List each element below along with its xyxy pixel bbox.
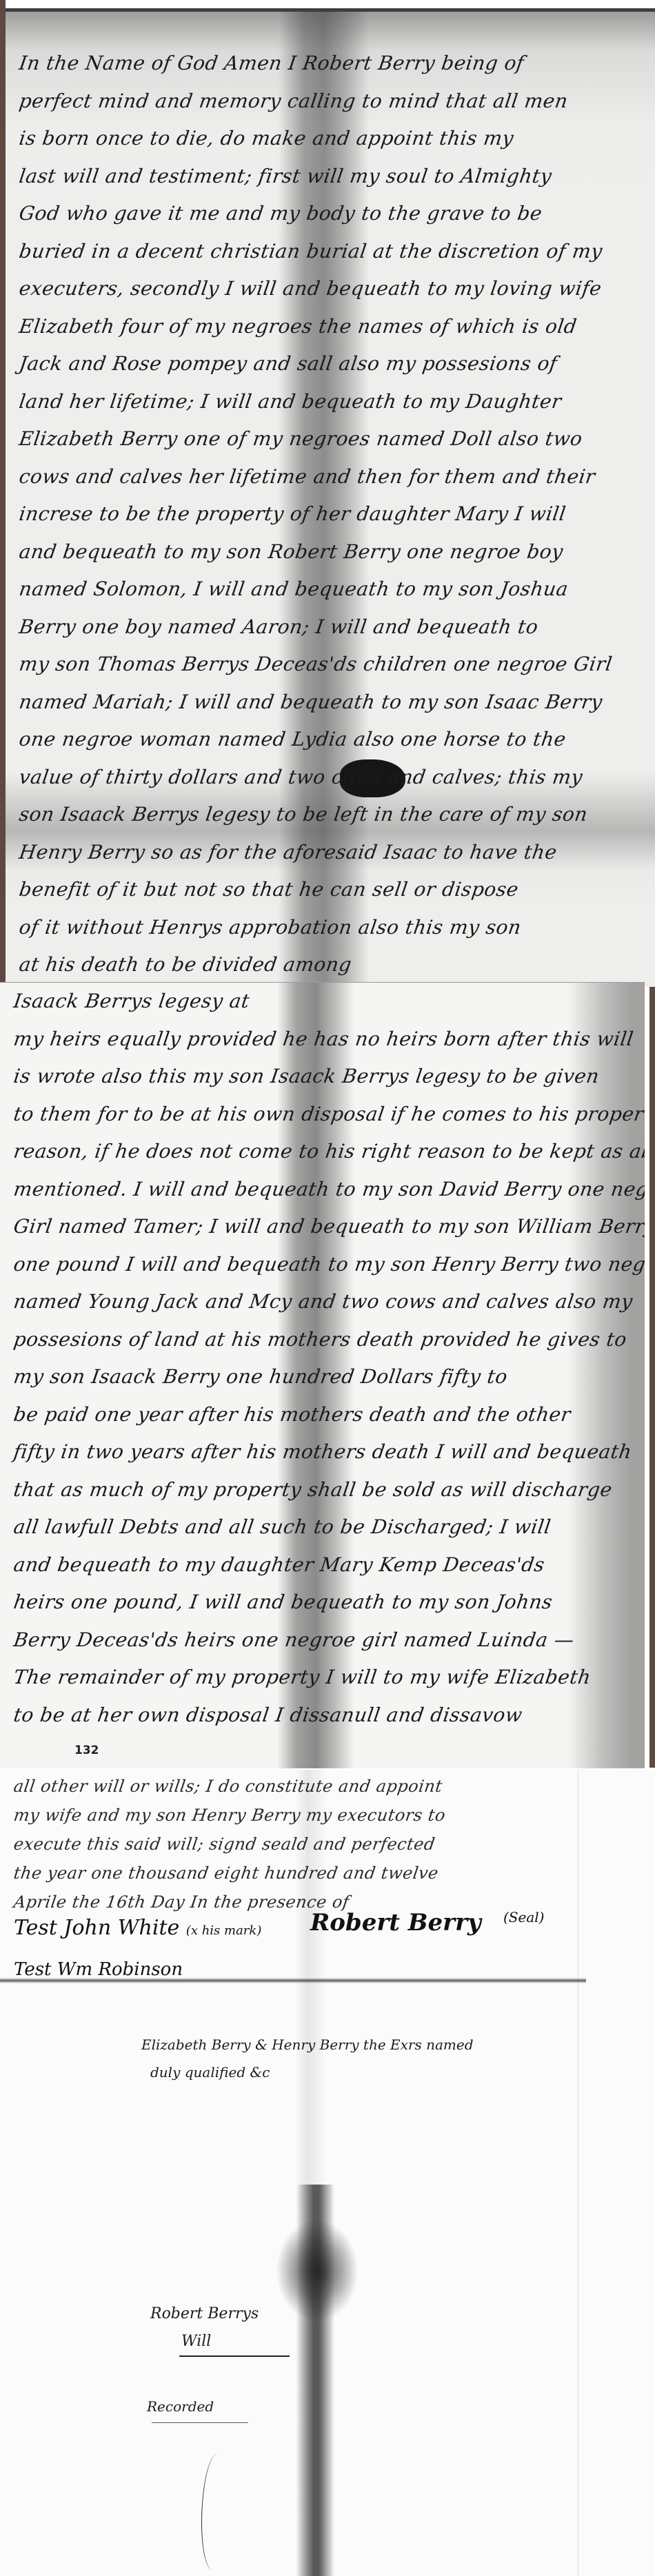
handwritten-line: is born once to die, do make and appoint…: [18, 127, 516, 150]
handwritten-line: land her lifetime; I will and bequeath t…: [18, 390, 563, 413]
handwritten-line: one pound I will and bequeath to my son …: [12, 1253, 645, 1276]
handwritten-line: be paid one year after his mothers death…: [12, 1403, 572, 1426]
handwritten-line: Berry Deceas'ds heirs one negroe girl na…: [12, 1628, 576, 1651]
handwritten-line: named Young Jack and Mcy and two cows an…: [12, 1290, 634, 1313]
will-page-1: In the Name of God Amen I Robert Berry b…: [6, 8, 655, 987]
handwritten-line: benefit of it but not so that he can sel…: [18, 878, 521, 901]
handwritten-line: Isaack Berrys legesy at: [12, 990, 252, 1012]
handwritten-line: reason, if he does not come to his right…: [12, 1140, 645, 1163]
endorsement-underline: [179, 2355, 290, 2357]
handwritten-line: buried in a decent christian burial at t…: [18, 240, 604, 263]
handwritten-line: Elizabeth Berry one of my negroes named …: [18, 427, 584, 450]
handwritten-line: all other will or wills; I do constitute…: [12, 1777, 444, 1796]
handwritten-line: the year one thousand eight hundred and …: [12, 1863, 440, 1883]
handwritten-line: perfect mind and memory calling to mind …: [18, 90, 570, 112]
handwritten-line: value of thirty dollars and two cows and…: [18, 766, 585, 788]
testator-signature: Robert Berry: [310, 1909, 481, 1936]
handwritten-line: heirs one pound, I will and bequeath to …: [12, 1591, 554, 1613]
will-page-2: Isaack Berrys legesy atmy heirs equally …: [0, 982, 645, 1768]
handwritten-line: and bequeath to my son Robert Berry one …: [18, 540, 565, 563]
page-edge: [578, 1770, 578, 2576]
handwritten-line: of it without Henrys approbation also th…: [18, 916, 523, 939]
endorsement-will: Will: [181, 2333, 211, 2350]
witness-signature-robinson: Test Wm Robinson: [14, 1959, 183, 1980]
handwritten-line: at his death to be divided among: [18, 953, 354, 976]
handwritten-line: mentioned. I will and bequeath to my son…: [12, 1178, 645, 1200]
handwritten-line: Jack and Rose pompey and sall also my po…: [18, 352, 559, 375]
page-number: 132: [74, 1744, 99, 1757]
handwritten-line: and bequeath to my daughter Mary Kemp De…: [12, 1553, 546, 1576]
handwritten-line: to them for to be at his own disposal if…: [12, 1103, 645, 1125]
handwritten-line: last will and testiment; first will my s…: [18, 165, 554, 187]
probate-note-line-2: duly qualified &c: [150, 2064, 270, 2081]
handwritten-line: son Isaack Berrys legesy to be left in t…: [18, 803, 589, 826]
handwritten-line: God who gave it me and my body to the gr…: [18, 202, 544, 225]
handwritten-line: fifty in two years after his mothers dea…: [12, 1440, 634, 1463]
handwritten-line: that as much of my property shall be sol…: [12, 1478, 614, 1501]
handwritten-line: one negroe woman named Lydia also one ho…: [18, 728, 567, 750]
recorded-underline: [152, 2422, 248, 2423]
handwritten-line: Henry Berry so as for the aforesaid Isaa…: [18, 841, 558, 863]
handwritten-line: Girl named Tamer; I will and bequeath to…: [12, 1215, 645, 1238]
handwritten-line: all lawfull Debts and all such to be Dis…: [12, 1515, 553, 1538]
witness-signature-john-white: Test John White (x his mark): [14, 1916, 261, 1940]
handwritten-line: increse to be the property of her daught…: [18, 502, 567, 525]
scan-border-right: [649, 985, 655, 1768]
handwritten-line: named Solomon, I will and bequeath to my…: [18, 577, 570, 600]
handwritten-line: Aprile the 16th Day In the presence of: [12, 1892, 350, 1912]
handwritten-line: is wrote also this my son Isaack Berrys …: [12, 1065, 601, 1087]
recorded-note: Recorded: [147, 2398, 214, 2415]
handwritten-line: my son Thomas Berrys Deceas'ds children …: [18, 653, 614, 675]
handwritten-line: executers, secondly I will and bequeath …: [18, 277, 603, 300]
handwritten-line: Berry one boy named Aaron; I will and be…: [18, 615, 540, 638]
handwritten-line: my wife and my son Henry Berry my execut…: [12, 1806, 447, 1825]
handwritten-line: In the Name of God Amen I Robert Berry b…: [18, 52, 526, 74]
fold-crease-intersection: [276, 2219, 359, 2322]
witness1-mark: (x his mark): [186, 1923, 262, 1938]
handwritten-line: possesions of land at his mothers death …: [12, 1328, 629, 1351]
handwritten-line: to be at her own disposal I dissanull an…: [12, 1704, 524, 1726]
probate-note-line-1: Elizabeth Berry & Henry Berry the Exrs n…: [141, 2036, 474, 2053]
fold-crease-horizontal: [0, 1978, 586, 1983]
handwritten-line: cows and calves her lifetime and then fo…: [18, 465, 597, 488]
handwritten-line: execute this said will; signd seald and …: [12, 1834, 436, 1854]
endorsement-title: Robert Berrys: [150, 2305, 259, 2322]
handwritten-line: named Mariah; I will and bequeath to my …: [18, 691, 604, 713]
handwritten-line: my heirs equally provided he has no heir…: [12, 1028, 635, 1050]
handwritten-line: The remainder of my property I will to m…: [12, 1666, 592, 1688]
witness1-name: Test John White: [14, 1916, 179, 1940]
seal-mark: (Seal): [503, 1909, 544, 1925]
handwritten-line: Elizabeth four of my negroes the names o…: [18, 315, 578, 338]
handwritten-line: my son Isaack Berry one hundred Dollars …: [12, 1365, 510, 1388]
